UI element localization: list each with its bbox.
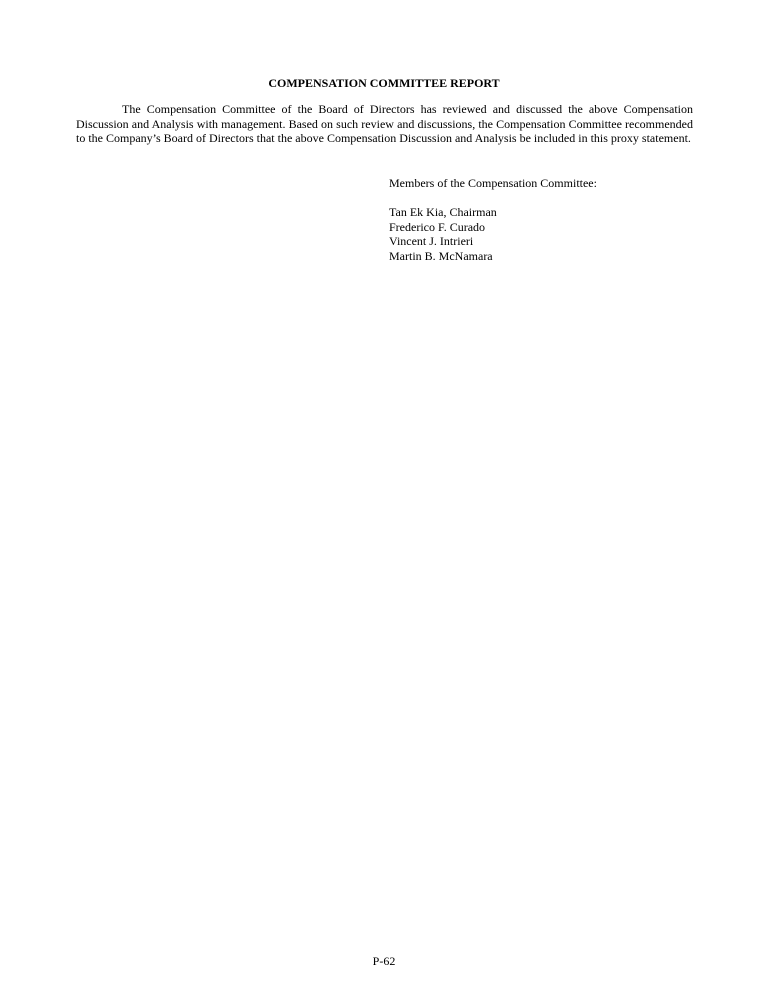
page-number: P-62 bbox=[0, 954, 768, 968]
member-name: Vincent J. Intrieri bbox=[389, 234, 597, 249]
member-name: Martin B. McNamara bbox=[389, 249, 597, 264]
member-name: Tan Ek Kia, Chairman bbox=[389, 205, 597, 220]
paragraph-text: The Compensation Committee of the Board … bbox=[76, 102, 693, 145]
report-paragraph: The Compensation Committee of the Board … bbox=[76, 102, 693, 146]
report-title: COMPENSATION COMMITTEE REPORT bbox=[0, 76, 768, 90]
member-name: Frederico F. Curado bbox=[389, 220, 597, 235]
members-heading: Members of the Compensation Committee: bbox=[389, 176, 597, 191]
committee-members-block: Members of the Compensation Committee: T… bbox=[389, 176, 597, 263]
